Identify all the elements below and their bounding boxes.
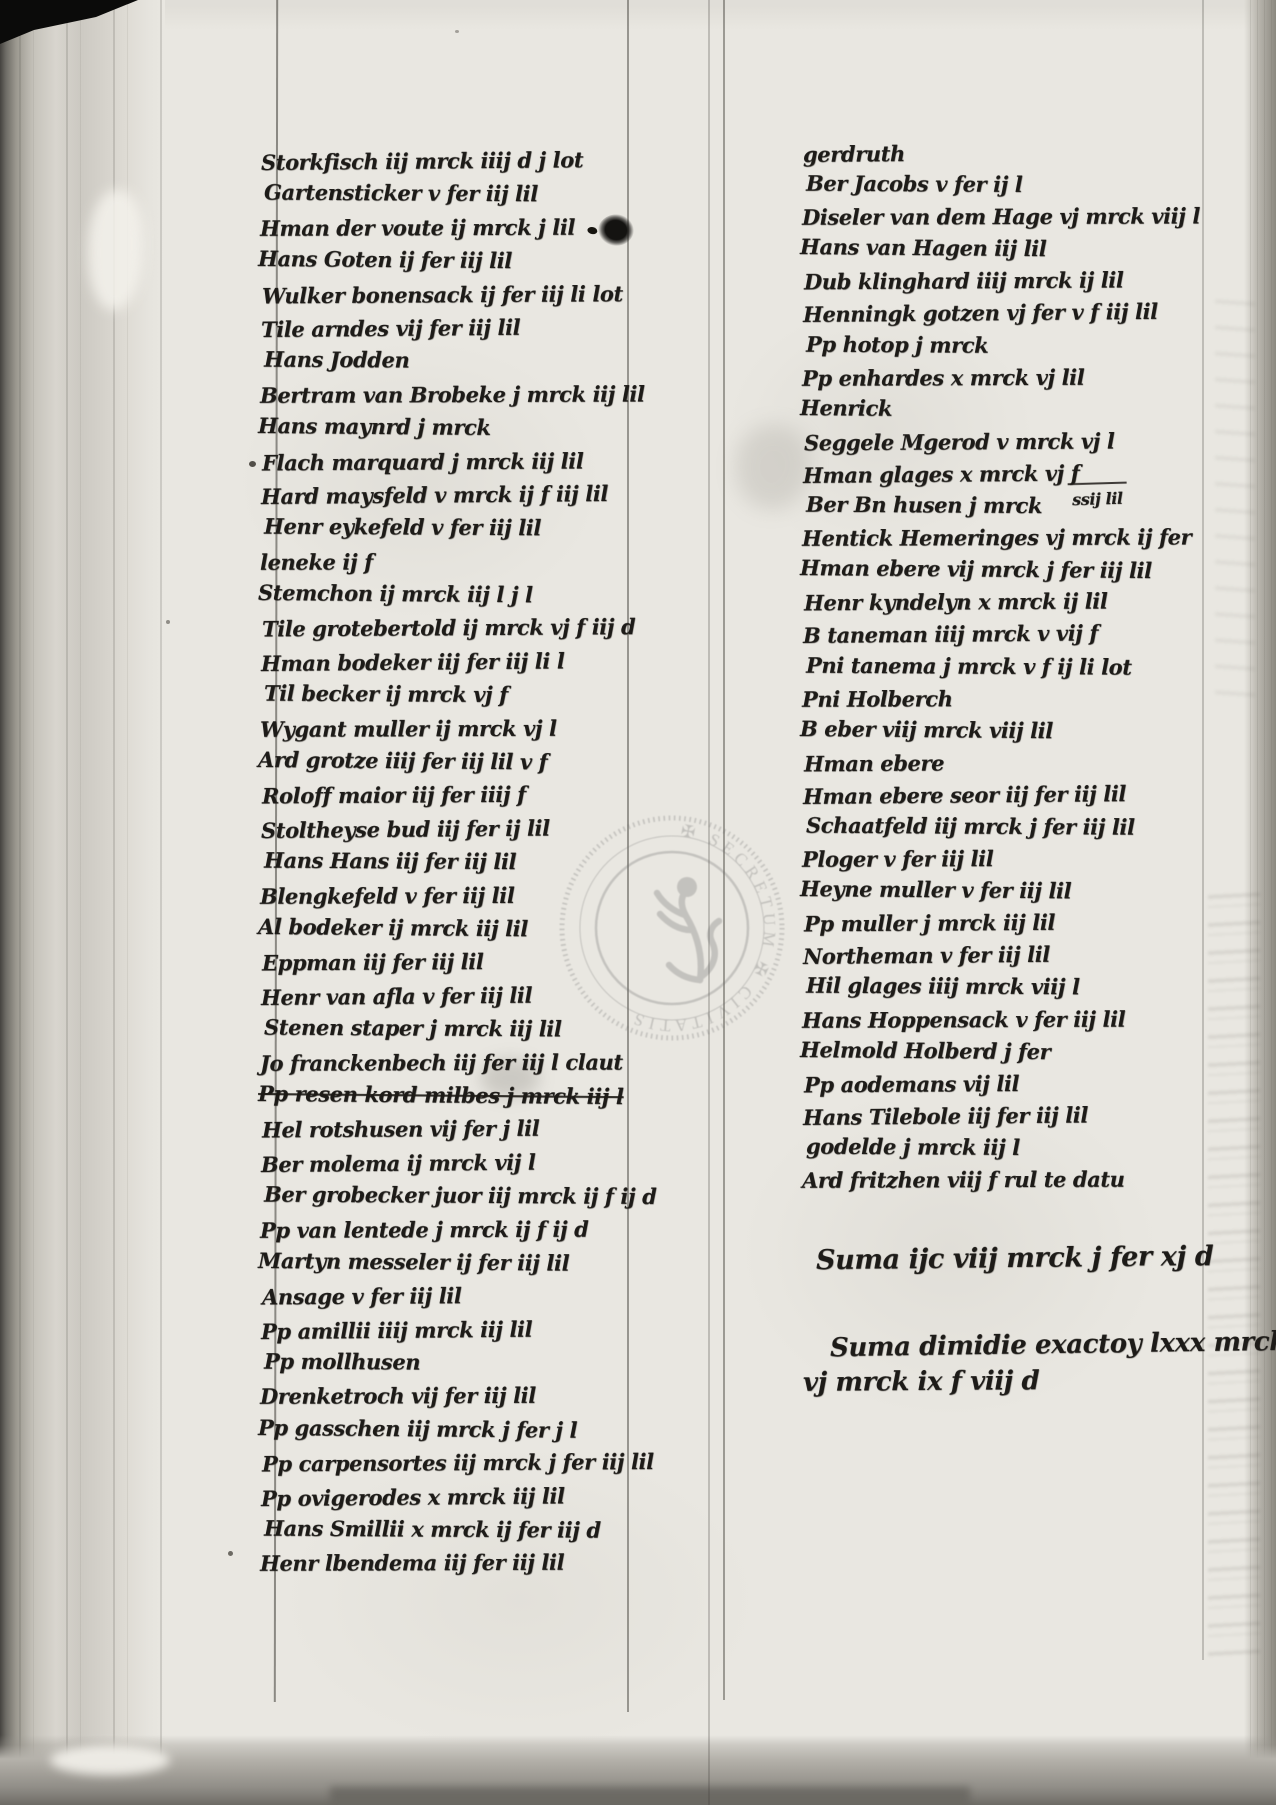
register-line: Gartensticker v fer iij lil [264, 178, 734, 214]
register-line: Hans Jodden [264, 345, 734, 381]
register-line: Stenen staper j mrck iij lil [264, 1013, 734, 1049]
register-line: Pp hotop j mrck [806, 329, 1256, 364]
register-line-text: Pni Holberch [802, 686, 953, 712]
register-line: Blengkefeld v fer iij lil [260, 880, 730, 915]
register-line-text: Martyn messeler ij fer iij lil [258, 1248, 569, 1276]
register-line: Pp mollhusen [264, 1347, 734, 1383]
register-line-text: Dub klinghard iiij mrck ij lil [804, 268, 1124, 295]
register-line: Al bodeker ij mrck iij lil [258, 912, 728, 949]
register-line-text: Diseler van dem Hage vj mrck viij l [802, 204, 1200, 230]
register-line-text: B eber viij mrck viij lil [800, 716, 1053, 743]
register-line: Tile arndes vij fer iij lil [261, 311, 731, 348]
book-bottom-edge [0, 1735, 1276, 1805]
summa-dimidie-line1: Suma dimidie exactoy lxxx mrck [830, 1327, 1276, 1363]
register-line: Hman glages x mrck vj f [803, 457, 1253, 493]
register-line: Henr eykefeld v fer iij lil [264, 512, 734, 548]
register-line-text: Seggele Mgerod v mrck vj l [804, 428, 1115, 455]
register-line-text: Hman der voute ij mrck j lil [260, 215, 575, 241]
register-line-text: Hans van Hagen iij lil [800, 234, 1047, 261]
register-line: Seggele Mgerod v mrck vj l [804, 425, 1254, 460]
register-line: Tile grotebertold ij mrck vj f iij d [262, 612, 732, 648]
register-line-text: Ber molema ij mrck vij l [261, 1149, 536, 1176]
register-line: Henr van afla v fer iij lil [261, 979, 731, 1016]
register-line-text: Hard maysfeld v mrck ij f iij lil [261, 481, 608, 509]
register-line: Eppman iij fer iij lil [262, 946, 732, 982]
register-line-text: Pp carpensortes iij mrck j fer iij lil [262, 1449, 654, 1476]
register-line: Drenketroch vij fer iij lil [260, 1381, 730, 1416]
bottom-highlight [50, 1745, 170, 1775]
register-line-text: Eppman iij fer iij lil [262, 949, 484, 975]
register-line-text: Henrick [800, 395, 892, 421]
register-line-text: Wulker bonensack ij fer iij li lot [262, 281, 623, 308]
register-line: Diseler van dem Hage vj mrck viij l [802, 201, 1252, 235]
register-line-text: Drenketroch vij fer iij lil [260, 1383, 536, 1409]
ink-speck [249, 461, 256, 467]
register-line: gerdruth [803, 136, 1253, 172]
register-line-text: Pp resen kord milbes j mrck iij l [258, 1081, 624, 1109]
register-line-text: Roloff maior iij fer iiij f [262, 782, 526, 809]
register-line-text: leneke ij f [260, 549, 373, 574]
register-line-text: Hman ebere vij mrck j fer iij lil [800, 555, 1152, 583]
register-line-text: Al bodeker ij mrck iij lil [258, 914, 528, 941]
register-line: Pp enhardes x mrck vj lil [802, 362, 1252, 396]
register-line-text: Hans Goten ij fer iij lil [258, 246, 512, 273]
register-line-text: Pp ovigerodes x mrck iij lil [261, 1483, 565, 1511]
register-line-text: Pp amillii iiij mrck iij lil [261, 1316, 532, 1343]
register-line-text: Hel rotshusen vij fer j lil [262, 1116, 539, 1143]
register-line-text: Jo franckenbech iij fer iij l claut [260, 1049, 623, 1075]
register-line: godelde j mrck iij l [806, 1132, 1256, 1167]
register-line: Pp gasschen iij mrck j fer j l [258, 1413, 728, 1450]
register-line-text: Wygant muller ij mrck vj l [260, 715, 557, 741]
register-line: Pp muller j mrck iij lil [804, 907, 1254, 942]
summa-total-line: Suma ijc viij mrck j fer xj d [816, 1241, 1214, 1276]
register-line-text: Schaatfeld iij mrck j fer iij lil [806, 813, 1135, 840]
register-line: Pp carpensortes iij mrck j fer iij lil [262, 1447, 732, 1483]
register-line: Hman ebere vij mrck j fer iij lil [800, 553, 1250, 589]
register-line: Pp ovigerodes x mrck iij lil [261, 1480, 731, 1517]
register-line: Wygant muller ij mrck vj l [260, 713, 730, 748]
register-line-text: Stemchon ij mrck iij l j l [258, 580, 533, 607]
register-line-text: Northeman v fer iij lil [803, 942, 1050, 969]
register-line: Ard grotze iiij fer iij lil v f [258, 745, 728, 782]
register-line: Henrick [800, 393, 1250, 429]
register-line: Hil glages iiij mrck viij l [806, 971, 1256, 1006]
register-line-text: Hans Hans iij fer iij lil [264, 848, 516, 875]
ink-smudge [735, 425, 810, 510]
register-line: Ard fritzhen viij f rul te datu [802, 1164, 1252, 1198]
register-line-text: Ber Jacobs v fer ij l [806, 171, 1023, 197]
register-line: Hans Goten ij fer iij lil [258, 244, 728, 281]
register-line: Roloff maior iij fer iiij f [262, 779, 732, 815]
register-line: Pp resen kord milbes j mrck iij l [258, 1079, 728, 1116]
register-line: Northeman v fer iij lil [803, 938, 1253, 974]
register-line: Stoltheyse bud iij fer ij lil [261, 812, 731, 849]
register-line-text: Heyne muller v fer iij lil [800, 876, 1071, 903]
register-line-text: Hans maynrd j mrck [258, 413, 491, 440]
register-line: Pni Holberch [802, 683, 1252, 717]
register-line-text: Ber grobecker juor iij mrck ij f ij d [264, 1182, 657, 1209]
register-line: Martyn messeler ij fer iij lil [258, 1246, 728, 1283]
register-line-text: Pp aodemans vij lil [804, 1071, 1019, 1097]
register-line: Ber Jacobs v fer ij l [806, 169, 1256, 204]
register-line-text: Pp van lentede j mrck ij f ij d [260, 1216, 589, 1242]
register-line-text: Hman glages x mrck vj f [803, 460, 1080, 487]
register-line-text: Flach marquard j mrck iij lil [262, 448, 584, 475]
manuscript-page: ✠ SECRETUM ✠ CIVITATIS Storkfisch iij mr… [0, 0, 1276, 1805]
register-line: Wulker bonensack ij fer iij li lot [262, 278, 732, 314]
register-line-text: Pp hotop j mrck [806, 331, 988, 357]
register-line-text: Ploger v fer iij lil [802, 846, 993, 872]
register-line: Ber Bn husen j mrckssij lil [806, 490, 1256, 525]
register-line-text: Henr kyndelyn x mrck ij lil [804, 589, 1108, 616]
margin-note: ssij lil [1068, 482, 1127, 515]
register-line: Hman bodeker iij fer iij li l [261, 645, 731, 682]
register-line: Helmold Holberd j fer [800, 1035, 1250, 1071]
register-line: Dub klinghard iiij mrck ij lil [804, 265, 1254, 300]
left-column: Storkfisch iij mrck iiij d j lotGartenst… [260, 146, 730, 1582]
register-line: Ber grobecker juor iij mrck ij f ij d [264, 1180, 734, 1216]
register-line-text: B taneman iiij mrck v vij f [803, 621, 1098, 649]
register-line-text: Stoltheyse bud iij fer ij lil [261, 815, 550, 843]
register-line-text: Blengkefeld v fer iij lil [260, 883, 514, 909]
register-line: Pni tanema j mrck v f ij li lot [806, 650, 1256, 685]
register-line-text: Bertram van Brobeke j mrck iij lil [260, 381, 645, 407]
register-line-text: Pp gasschen iij mrck j fer j l [258, 1415, 577, 1443]
register-line-text: godelde j mrck iij l [806, 1134, 1020, 1160]
register-line-text: Henr eykefeld v fer iij lil [264, 514, 541, 541]
register-line: Bertram van Brobeke j mrck iij lil [260, 379, 730, 414]
register-line-text: Pp mollhusen [264, 1349, 420, 1375]
register-line: Storkfisch iij mrck iiij d j lot [261, 144, 731, 181]
register-line-text: Hil glages iiij mrck viij l [806, 973, 1080, 1000]
register-line-text: Ber Bn husen j mrck [806, 492, 1042, 518]
register-line-text: Til becker ij mrck vj f [264, 681, 508, 707]
register-line: Hans Smillii x mrck ij fer iij d [264, 1514, 734, 1550]
register-line: Hans Tilebole iij fer iij lil [803, 1099, 1253, 1135]
register-line-text: Henr van afla v fer iij lil [261, 982, 532, 1009]
register-line: Henningk gotzen vj fer v f iij lil [803, 296, 1253, 332]
register-line-text: Ansage v fer iij lil [262, 1283, 462, 1309]
register-line: Ploger v fer iij lil [802, 843, 1252, 877]
register-line-text: Helmold Holberd j fer [800, 1037, 1050, 1064]
register-line: Hentick Hemeringes vj mrck ij fer [802, 522, 1252, 556]
ink-speck [166, 620, 170, 624]
right-column: gerdruthBer Jacobs v fer ij lDiseler van… [802, 138, 1252, 1197]
register-line: leneke ij f [260, 546, 730, 581]
register-line-text: Hans Smillii x mrck ij fer iij d [264, 1516, 601, 1543]
register-line-text: Hans Tilebole iij fer iij lil [803, 1102, 1088, 1129]
register-line: Hans Hoppensack v fer iij lil [802, 1004, 1252, 1038]
register-line-text: Pni tanema j mrck v f ij li lot [806, 652, 1132, 679]
register-line-text: Ard grotze iiij fer iij lil v f [258, 747, 547, 775]
register-line: Hans Hans iij fer iij lil [264, 846, 734, 882]
register-line: Pp amillii iiij mrck iij lil [261, 1313, 731, 1350]
register-line: Hel rotshusen vij fer j lil [262, 1113, 732, 1149]
register-line: Hard maysfeld v mrck ij f iij lil [261, 478, 731, 515]
register-line: Henr lbendema iij fer iij lil [260, 1548, 730, 1583]
register-line: Schaatfeld iij mrck j fer iij lil [806, 811, 1256, 846]
register-line: Hman der voute ij mrck j lil [260, 212, 730, 247]
register-line-text: Stenen staper j mrck iij lil [264, 1015, 562, 1042]
register-line: Stemchon ij mrck iij l j l [258, 578, 728, 615]
register-line: Pp aodemans vij lil [804, 1067, 1254, 1102]
binding-highlight [88, 190, 143, 310]
ink-speck [455, 30, 459, 33]
register-line-text: Storkfisch iij mrck iiij d j lot [261, 147, 583, 175]
register-line-text: Henningk gotzen vj fer v f iij lil [803, 299, 1158, 327]
register-line: Ber molema ij mrck vij l [261, 1146, 731, 1183]
register-line-text: Henr lbendema iij fer iij lil [260, 1550, 564, 1576]
register-line: Jo franckenbech iij fer iij l claut [260, 1047, 730, 1082]
register-line: Hans van Hagen iij lil [800, 232, 1250, 268]
register-line-text: gerdruth [803, 141, 905, 167]
register-line-text: Hans Hoppensack v fer iij lil [802, 1006, 1125, 1032]
register-line: Hman ebere seor iij fer iij lil [803, 778, 1253, 814]
register-line-text: Tile grotebertold ij mrck vj f iij d [262, 615, 635, 642]
register-line-text: Pp enhardes x mrck vj lil [802, 364, 1084, 390]
register-line-text: Hman ebere seor iij fer iij lil [803, 781, 1126, 809]
register-line: Hman ebere [804, 746, 1254, 781]
register-line-text: Hman bodeker iij fer iij li l [261, 648, 565, 676]
register-line: B eber viij mrck viij lil [800, 714, 1250, 750]
register-line: Hans maynrd j mrck [258, 411, 728, 448]
register-line: Til becker ij mrck vj f [264, 679, 734, 715]
register-line-text: Tile arndes vij fer iij lil [261, 315, 520, 342]
summa-dimidie-line2: vj mrck ix f viij d [803, 1366, 1039, 1398]
ink-speck [228, 1551, 233, 1556]
register-line-text: Hman ebere [804, 750, 944, 776]
register-line-text: Pp muller j mrck iij lil [804, 910, 1055, 937]
register-line-text: Hentick Hemeringes vj mrck ij fer [802, 525, 1191, 551]
register-line: B taneman iiij mrck v vij f [803, 617, 1253, 653]
register-line: Henr kyndelyn x mrck ij lil [804, 586, 1254, 621]
register-line: Heyne muller v fer iij lil [800, 874, 1250, 910]
register-line: Pp van lentede j mrck ij f ij d [260, 1214, 730, 1249]
register-line-text: Hans Jodden [264, 347, 410, 373]
register-line-text: Ard fritzhen viij f rul te datu [802, 1167, 1125, 1193]
register-line-text: Gartensticker v fer iij lil [264, 180, 538, 207]
register-line: Flach marquard j mrck iij lil [262, 445, 732, 481]
register-line: Ansage v fer iij lil [262, 1280, 732, 1316]
